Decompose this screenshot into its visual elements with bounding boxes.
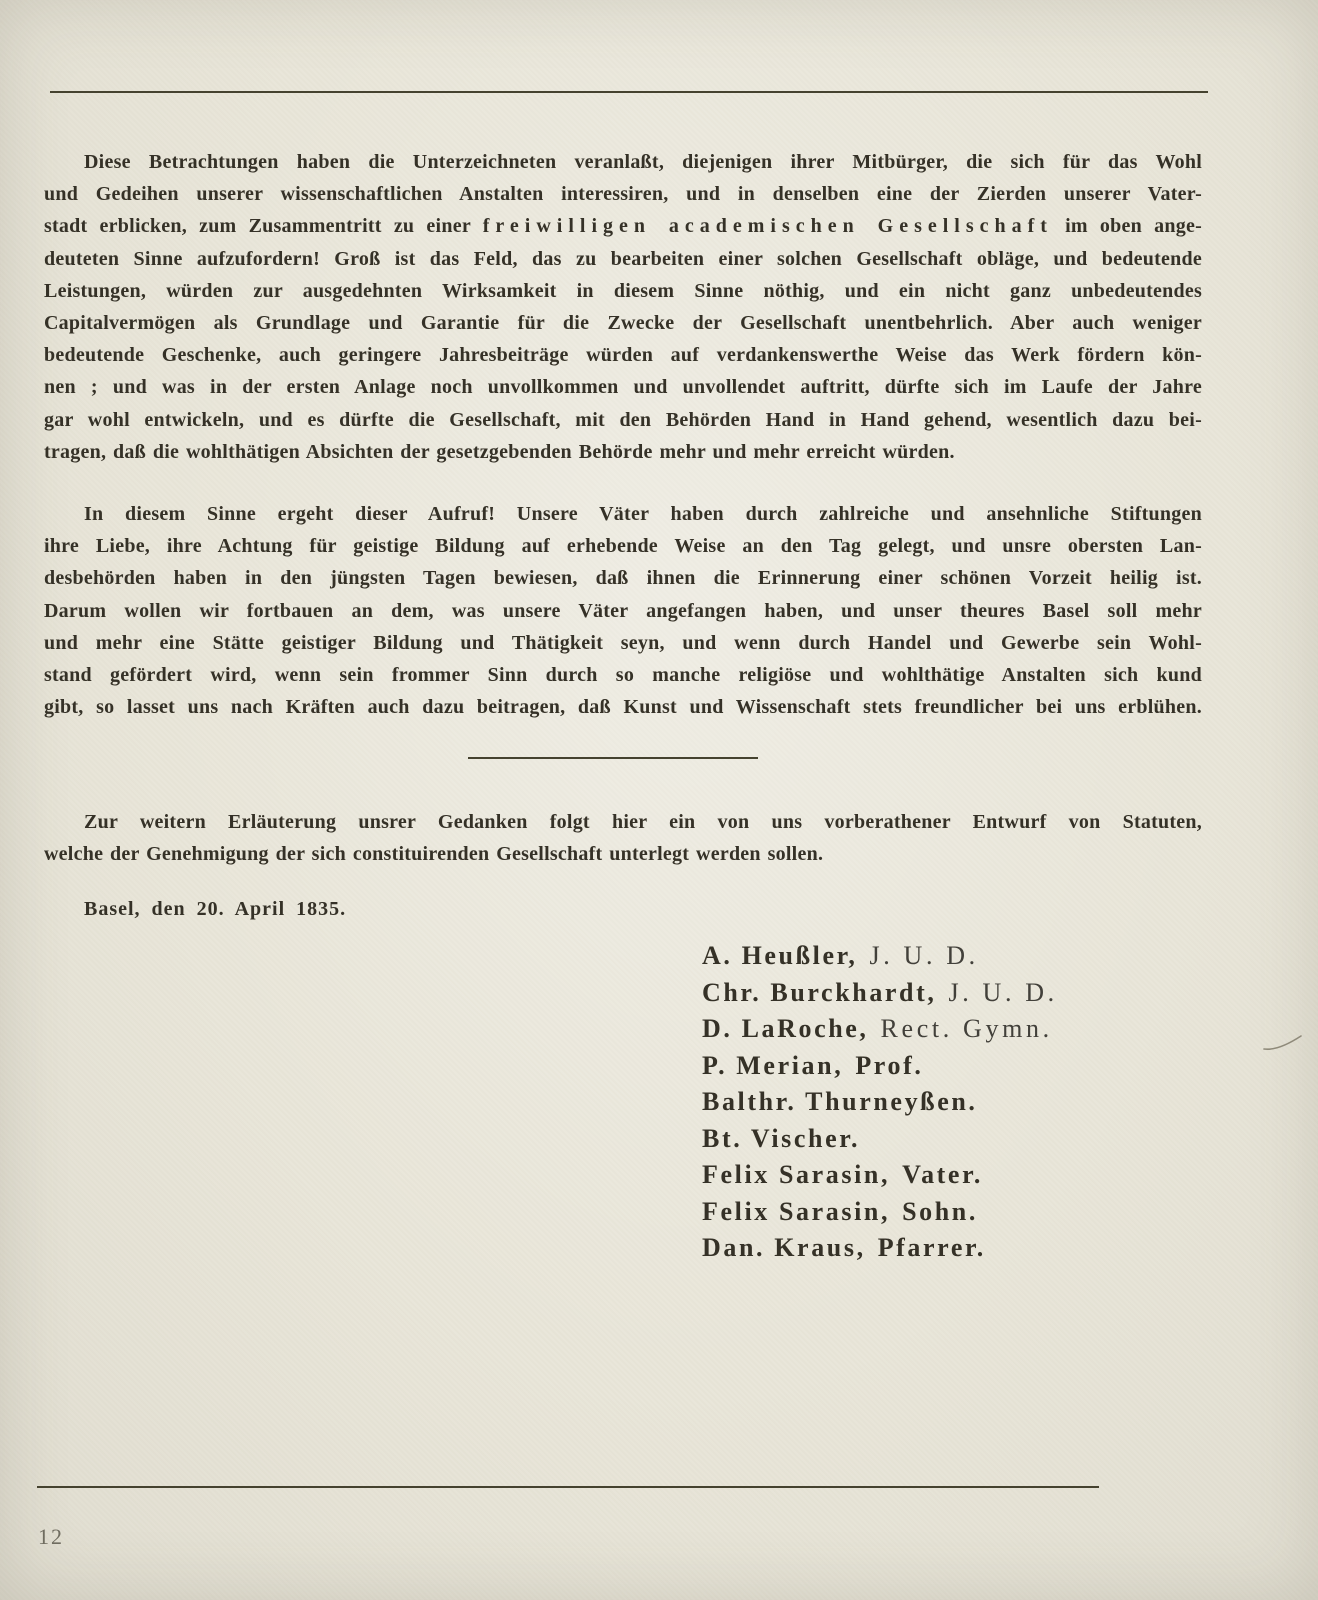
closing-paragraph-block: Zur weitern Erläuterung unsrer Gedanken … (44, 806, 1202, 870)
text-line: und Gedeihen unserer wissenschaftlichen … (44, 178, 1202, 210)
text-line: gar wohl entwickeln, und es dürfte die G… (44, 404, 1202, 436)
text-line: stadt erblicken, zum Zusammentritt zu ei… (44, 210, 1202, 242)
signature-row: Felix Sarasin,Sohn. (702, 1194, 1058, 1231)
text-line: welche der Genehmigung der sich constitu… (44, 838, 1202, 870)
signature-name: Balthr. Thurneyßen. (702, 1087, 978, 1116)
signature-name: Felix Sarasin, (702, 1160, 890, 1189)
signature-name: Chr. Burckhardt, (702, 978, 936, 1007)
signature-title: J. U. D. (948, 978, 1057, 1007)
signature-name: Bt. Vischer. (702, 1124, 860, 1153)
text-line: Diese Betrachtungen haben die Unterzeich… (44, 146, 1202, 178)
signature-title: J. U. D. (869, 941, 978, 970)
top-rule (50, 91, 1208, 93)
signature-title: Rect. Gymn. (881, 1014, 1053, 1043)
text-line: deuteten Sinne aufzufordern! Groß ist da… (44, 243, 1202, 275)
signature-name: D. LaRoche, (702, 1014, 869, 1043)
signature-row: Dan. Kraus,Pfarrer. (702, 1230, 1058, 1267)
signature-name: Dan. Kraus, (702, 1233, 866, 1262)
signature-name: A. Heußler, (702, 941, 857, 970)
signature-row: Felix Sarasin,Vater. (702, 1157, 1058, 1194)
main-paragraphs: Diese Betrachtungen haben die Unterzeich… (44, 146, 1202, 723)
paragraph: Diese Betrachtungen haben die Unterzeich… (44, 146, 1202, 468)
document-body: Diese Betrachtungen haben die Unterzeich… (44, 146, 1202, 723)
signature-title: Vater. (902, 1160, 983, 1189)
paragraph: In diesem Sinne ergeht dieser Aufruf! Un… (44, 498, 1202, 723)
scanned-document-page: Diese Betrachtungen haben die Unterzeich… (0, 0, 1318, 1600)
signature-row: Chr. Burckhardt,J. U. D. (702, 975, 1058, 1012)
signature-name: Felix Sarasin, (702, 1197, 890, 1226)
signature-row: A. Heußler,J. U. D. (702, 938, 1058, 975)
signature-row: D. LaRoche,Rect. Gymn. (702, 1011, 1058, 1048)
text-line: und mehr eine Stätte geistiger Bildung u… (44, 627, 1202, 659)
closing-paragraph: Zur weitern Erläuterung unsrer Gedanken … (44, 806, 1202, 870)
signature-title: Prof. (855, 1051, 923, 1080)
text-line: bedeutende Geschenke, auch geringere Jah… (44, 339, 1202, 371)
bottom-rule (37, 1486, 1099, 1488)
page-number: 12 (38, 1524, 64, 1550)
text-line: In diesem Sinne ergeht dieser Aufruf! Un… (44, 498, 1202, 530)
signature-row: P. Merian,Prof. (702, 1048, 1058, 1085)
text-line: stand gefördert wird, wenn sein frommer … (44, 659, 1202, 691)
letterspaced-run: freiwilligen academischen Gesellschaft (483, 215, 1053, 237)
signature-row: Balthr. Thurneyßen. (702, 1084, 1058, 1121)
text-line: Darum wollen wir fortbauen an dem, was u… (44, 595, 1202, 627)
text-line: nen ; und was in der ersten Anlage noch … (44, 371, 1202, 403)
text-line: desbehörden haben in den jüngsten Tagen … (44, 562, 1202, 594)
signature-row: Bt. Vischer. (702, 1121, 1058, 1158)
text-line: Zur weitern Erläuterung unsrer Gedanken … (44, 806, 1202, 838)
pen-mark-artifact (1262, 1032, 1304, 1054)
text-line: Leistungen, würden zur ausgedehnten Wirk… (44, 275, 1202, 307)
signature-title: Sohn. (902, 1197, 978, 1226)
text-line: tragen, daß die wohlthätigen Absichten d… (44, 436, 1202, 468)
signature-name: P. Merian, (702, 1051, 843, 1080)
text-line: ihre Liebe, ihre Achtung für geistige Bi… (44, 530, 1202, 562)
text-line: Capitalvermögen als Grundlage und Garant… (44, 307, 1202, 339)
dateline: Basel, den 20. April 1835. (84, 898, 346, 921)
signature-list: A. Heußler,J. U. D.Chr. Burckhardt,J. U.… (702, 938, 1058, 1267)
paragraph: Zur weitern Erläuterung unsrer Gedanken … (44, 806, 1202, 870)
section-divider (468, 757, 758, 759)
signature-title: Pfarrer. (878, 1233, 986, 1262)
text-line: gibt, so lasset uns nach Kräften auch da… (44, 691, 1202, 723)
